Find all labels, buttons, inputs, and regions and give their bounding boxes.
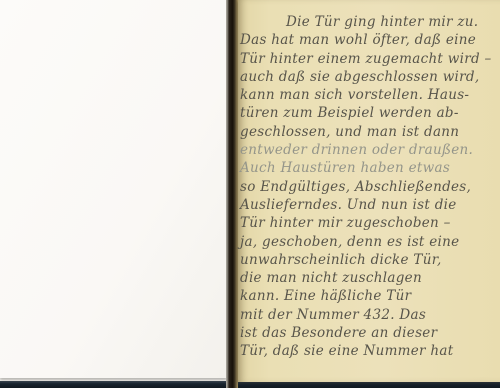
manuscript-line: Die Tür ging hinter mir zu. (240, 13, 498, 31)
manuscript-line: kann man sich vorstellen. Haus- (240, 86, 498, 104)
manuscript-line: Das hat man wohl öfter, daß eine (240, 31, 498, 49)
manuscript-line: so Endgültiges, Abschließendes, (240, 178, 498, 196)
manuscript-line: ja, geschoben, denn es ist eine (240, 233, 498, 251)
table-surface (0, 381, 500, 388)
manuscript-line: auch daß sie abgeschlossen wird, (240, 68, 498, 86)
left-blank-page (0, 0, 227, 378)
manuscript-line: entweder drinnen oder draußen. (240, 141, 498, 159)
manuscript-line: kann. Eine häßliche Tür (240, 287, 498, 305)
manuscript-line: Auch Haustüren haben etwas (240, 159, 498, 177)
manuscript-line: geschlossen, und man ist dann (240, 123, 498, 141)
manuscript-line: unwahrscheinlich dicke Tür, (240, 251, 498, 269)
manuscript-line: türen zum Beispiel werden ab- (240, 104, 498, 122)
right-manuscript-page: Die Tür ging hinter mir zu. Das hat man … (238, 0, 500, 382)
manuscript-line: ist das Besondere an dieser (240, 324, 498, 342)
manuscript-line: die man nicht zuschlagen (240, 269, 498, 287)
notebook-photo: Die Tür ging hinter mir zu. Das hat man … (0, 0, 500, 388)
manuscript-line: Auslieferndes. Und nun ist die (240, 196, 498, 214)
manuscript-line: Tür, daß sie eine Nummer hat (240, 342, 498, 360)
notebook-spine-gutter (226, 0, 238, 388)
manuscript-line: Tür hinter einem zugemacht wird – (240, 50, 498, 68)
handwritten-text: Die Tür ging hinter mir zu. Das hat man … (240, 13, 498, 361)
manuscript-line: mit der Nummer 432. Das (240, 306, 498, 324)
manuscript-line: Tür hinter mir zugeschoben – (240, 214, 498, 232)
